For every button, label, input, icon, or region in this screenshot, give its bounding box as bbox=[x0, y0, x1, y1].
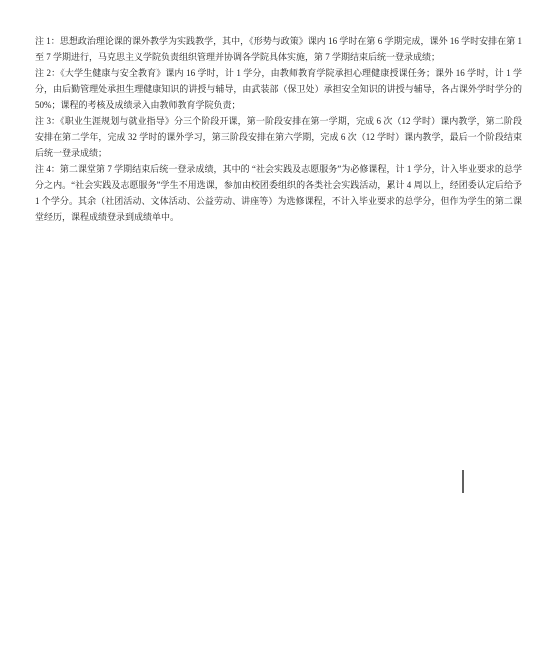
document-page: 注 1：思想政治理论课的课外教学为实践教学，其中，《形势与政策》课内 16 学时… bbox=[0, 0, 556, 654]
note-paragraph-2: 注 2：《大学生健康与安全教育》课内 16 学时，计 1 学分，由教师教育学院承… bbox=[35, 65, 522, 113]
text-caret bbox=[462, 470, 464, 493]
note-paragraph-3: 注 3：《职业生涯规划与就业指导》分三个阶段开课，第一阶段安排在第一学期，完成 … bbox=[35, 113, 522, 161]
note-paragraph-4: 注 4：第二课堂第 7 学期结束后统一登录成绩，其中的 “社会实践及志愿服务”为… bbox=[35, 161, 522, 225]
note-paragraph-1: 注 1：思想政治理论课的课外教学为实践教学，其中，《形势与政策》课内 16 学时… bbox=[35, 33, 522, 65]
notes-block: 注 1：思想政治理论课的课外教学为实践教学，其中，《形势与政策》课内 16 学时… bbox=[35, 33, 522, 225]
